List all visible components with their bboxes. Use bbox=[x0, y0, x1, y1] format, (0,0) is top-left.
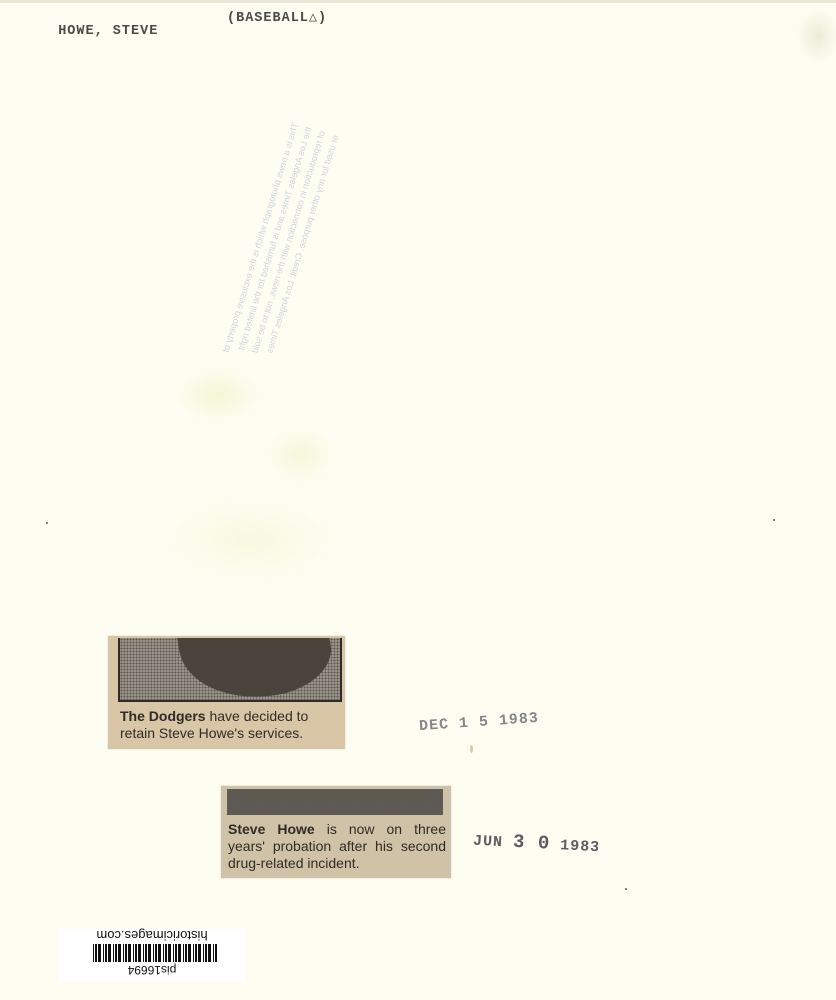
news-clipping-probation: Steve Howe is now on three years' probat… bbox=[221, 786, 451, 878]
barcode-id: pis16694 bbox=[59, 963, 245, 977]
dust-speck bbox=[773, 519, 775, 521]
clipping-caption: The Dodgers have decided to retain Steve… bbox=[120, 708, 345, 742]
news-clipping-dodgers: The Dodgers have decided to retain Steve… bbox=[108, 636, 345, 749]
clipping-photo bbox=[227, 789, 443, 815]
stamp-month: JUN bbox=[473, 833, 504, 852]
barcode-label: pis16694 historicimages.com bbox=[59, 929, 245, 981]
dust-speck bbox=[46, 522, 48, 524]
dust-speck bbox=[625, 888, 627, 890]
barcode-icon bbox=[91, 944, 217, 962]
clipping-caption: Steve Howe is now on three years' probat… bbox=[228, 821, 446, 872]
subject-category: (BASEBALL△) bbox=[227, 9, 327, 26]
clipping-photo bbox=[118, 638, 342, 702]
caption-bold: The Dodgers bbox=[120, 708, 206, 724]
caption-bold: Steve Howe bbox=[228, 821, 315, 837]
subject-name: HOWE, STEVE bbox=[58, 24, 158, 39]
stamp-year: 1983 bbox=[560, 837, 601, 856]
header-line: HOWE, STEVE (BASEBALL△) bbox=[40, 9, 158, 54]
dust-speck bbox=[470, 745, 473, 753]
top-edge bbox=[0, 0, 836, 3]
barcode-site: historicimages.com bbox=[59, 928, 245, 943]
stamp-day: 3 0 bbox=[512, 831, 550, 855]
